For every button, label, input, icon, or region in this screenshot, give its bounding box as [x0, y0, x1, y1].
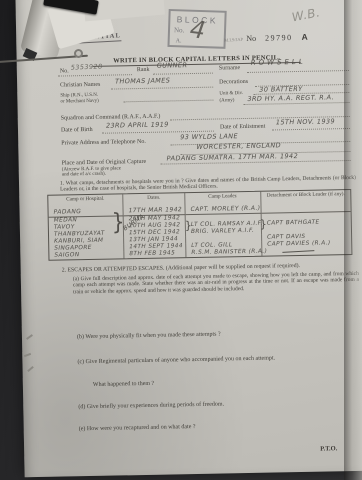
table-header-block-leader: Detachment or Block Leader (if any).	[261, 190, 350, 214]
table-header-leader: Camp Leader. CAPT. MORLEY (R.A.)	[185, 192, 261, 215]
header-label: Camp Leader.	[185, 192, 260, 201]
address-value-line1: 93 WYLDS LANE	[180, 133, 238, 141]
table-row-date: 8TH FEB 1945	[124, 250, 186, 258]
date-of-birth-label: Date of Birth	[61, 127, 93, 135]
serial-number: 29790	[265, 33, 293, 43]
question-2b-text: (b) Were you physically fit when you mad…	[77, 329, 357, 341]
leader-brace-right: }	[260, 218, 267, 231]
decorations-label: Decorations	[219, 79, 248, 87]
pencil-initials: W.B.	[291, 9, 320, 21]
christian-names-label: Christian Names	[60, 82, 100, 90]
unit-army-label: (Army)	[219, 98, 234, 104]
punch-eyelet	[74, 49, 83, 58]
field-line	[123, 100, 213, 103]
header-label: Detachment or Block Leader (if any).	[261, 190, 350, 200]
field-line	[111, 87, 213, 90]
question-2d-text: (d) Give briefly your experiences during…	[78, 399, 358, 411]
field-line	[247, 70, 349, 73]
field-line	[58, 74, 132, 76]
question-2a-text: (a) Give full description and approx. da…	[73, 271, 359, 295]
mi9-jap-print: M.I.9/JAP	[224, 37, 243, 43]
block-number-stamp: BLOCK No. A. 4	[167, 9, 226, 49]
field-line	[272, 128, 350, 130]
leader-value: CAPT. MORLEY (R.A.)	[190, 205, 260, 213]
pto-footer: P.T.O.	[320, 445, 337, 452]
unit-div-label: Unit & Div.	[219, 91, 243, 97]
private-address-label: Private Address and Telephone No.	[61, 139, 146, 148]
leader-brace-left: }	[185, 219, 192, 232]
rank-value: GUNNER	[157, 62, 188, 70]
date-of-birth-value: 23RD APRIL 1919	[106, 121, 169, 129]
enlistment-label: Date of Enlistment	[220, 124, 265, 132]
question-2c-text: (c) Give Regimental particulars of anyon…	[77, 354, 357, 366]
block-number-handwritten: 4	[188, 15, 207, 45]
enlistment-value: 15TH NOV. 1939	[276, 118, 335, 126]
surname-value: ROWSELL	[251, 59, 306, 67]
page-edge-shadow	[344, 0, 362, 480]
header-label: Camp or Hospital.	[48, 194, 122, 203]
capture-note-line2: and date of a/c crash).	[62, 172, 106, 178]
serial-no-label: No	[246, 34, 256, 43]
questionnaire-page: CONFIDENTIAL BLOCK No. A. 4 M.I.9/JAP No…	[15, 0, 362, 477]
table-row-leader: R.S.M. BANISTER (R.A.)	[186, 249, 262, 257]
header-label: Dates.	[123, 193, 184, 202]
camp-value: PADANG	[54, 208, 82, 216]
question-2c2-text: What happened to them ?	[93, 378, 293, 389]
table-header-dates: Dates. 17TH MAR 1942	[123, 193, 185, 216]
address-value-line2: WORCESTER, ENGLAND	[196, 142, 281, 151]
serial-number-stamp: No 29790 A	[246, 32, 308, 43]
no-value: 5353928	[71, 63, 103, 71]
camp-group-brace: }	[112, 208, 125, 236]
christian-names-value: THOMAS JAMES	[115, 77, 170, 85]
rank-label: Rank	[137, 67, 150, 74]
surname-label: Surname	[219, 65, 240, 72]
date-value: 17TH MAR 1942	[128, 206, 182, 214]
field-line	[153, 73, 213, 75]
ship-label-line2: or Merchant Navy)	[60, 99, 98, 105]
block-no-label: No.	[174, 26, 185, 34]
scanned-document-photo: CONFIDENTIAL BLOCK No. A. 4 M.I.9/JAP No…	[0, 0, 362, 480]
block-a-label: A.	[176, 38, 182, 44]
serial-suffix: A	[301, 32, 307, 42]
question-2e-text: (e) How were you recaptured and on what …	[79, 421, 359, 433]
table-row-camp: SAIGON	[49, 251, 124, 259]
